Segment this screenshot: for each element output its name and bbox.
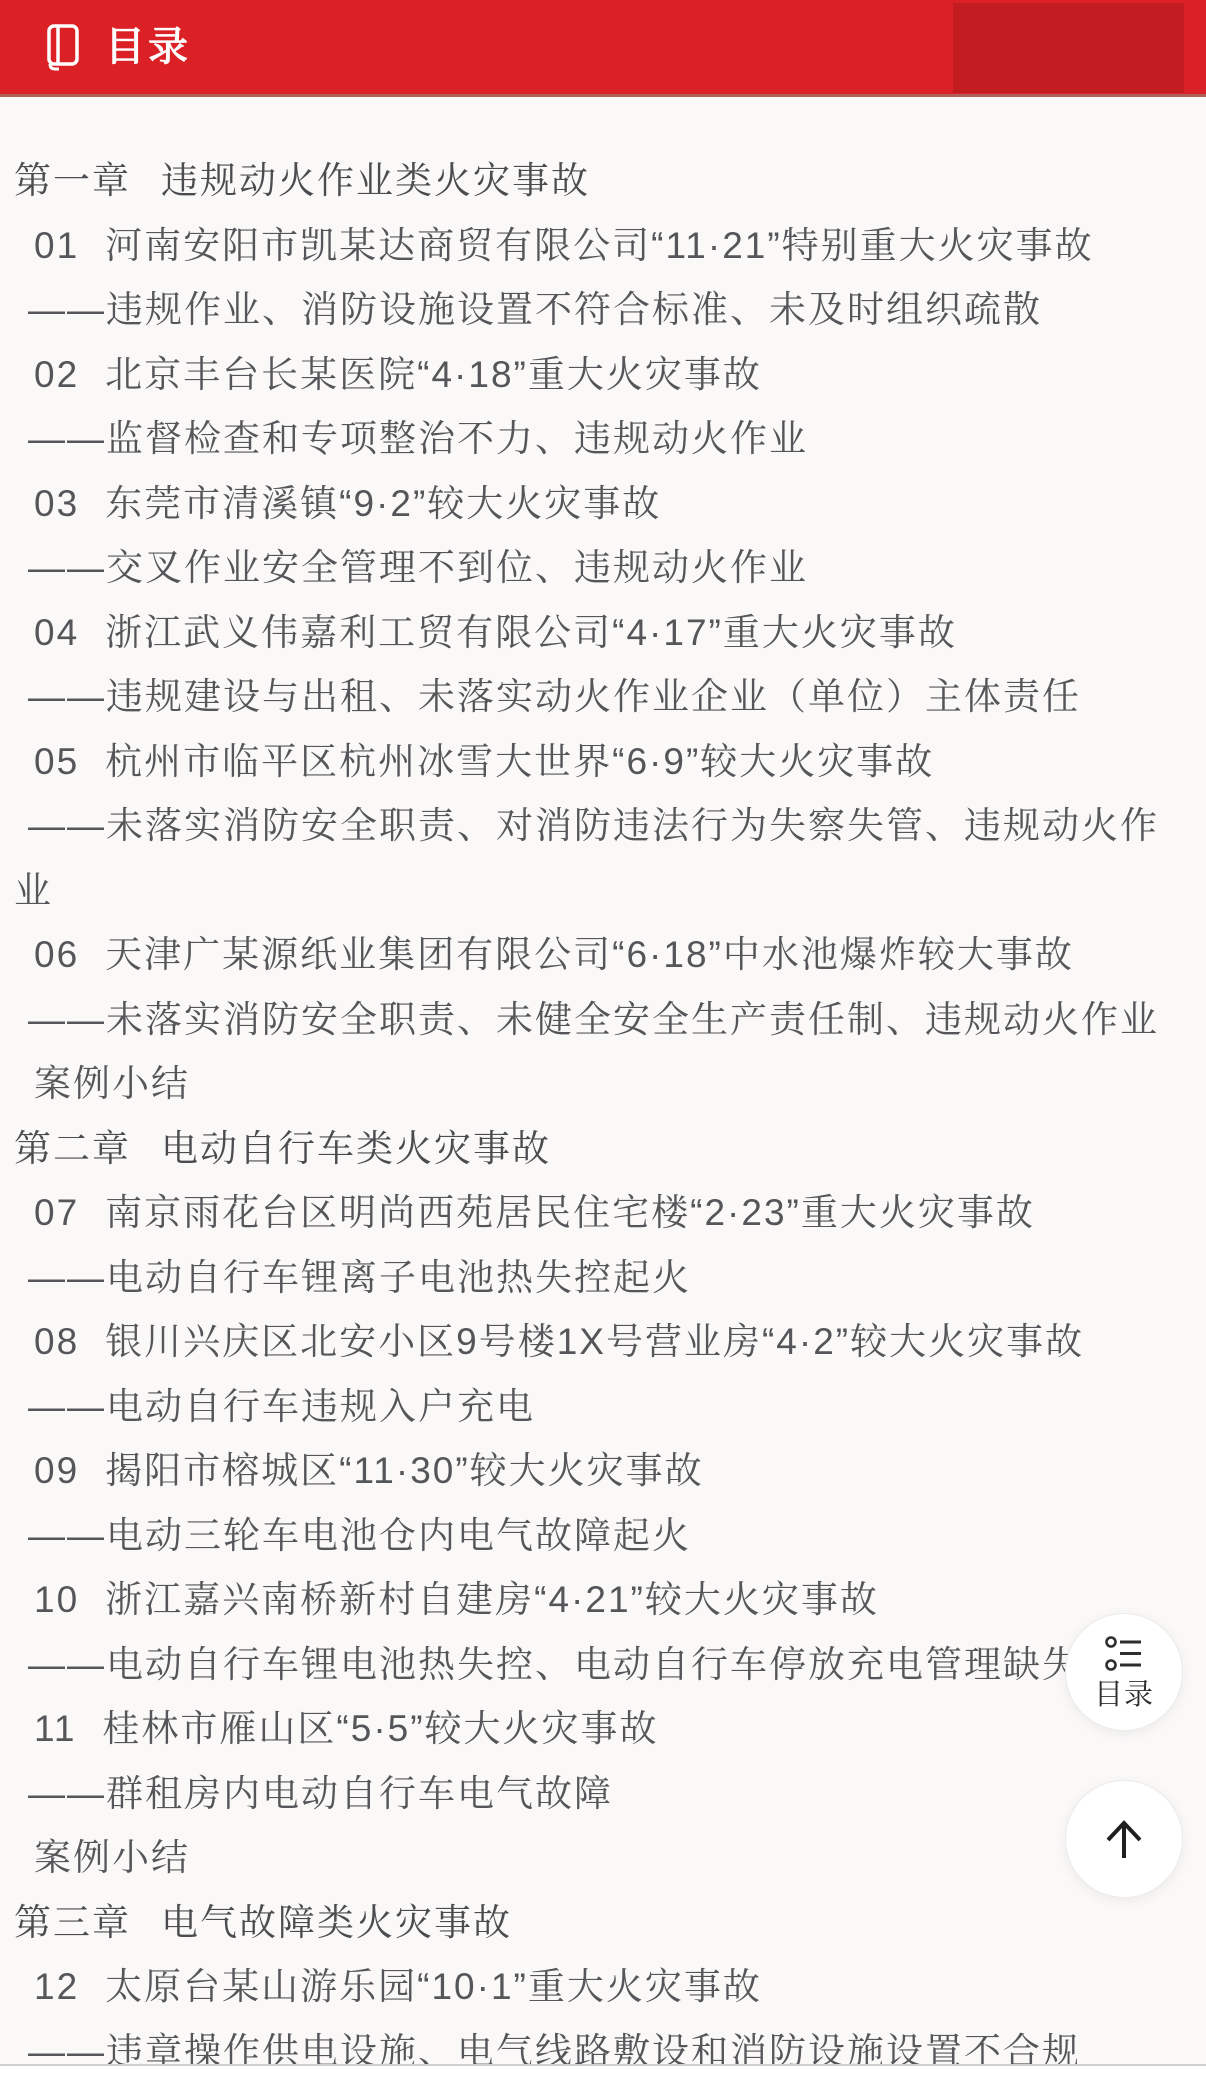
- item-number: 06: [34, 934, 79, 975]
- item-title: 太原台某山游乐园“10·1”重大火灾事故: [105, 1966, 762, 2007]
- item-number: 09: [34, 1450, 79, 1491]
- item-title: 桂林市雁山区“5·5”较大火灾事故: [102, 1708, 658, 1749]
- chapter-title: 电气故障类火灾事故: [161, 1902, 512, 1943]
- toc-item-subtitle: ——未落实消防安全职责、未健全安全生产责任制、违规动火作业: [14, 988, 1192, 1053]
- item-title: 揭阳市榕城区“11·30”较大火灾事故: [105, 1450, 704, 1491]
- chapter-title: 违规动火作业类火灾事故: [161, 160, 590, 201]
- toc-item-subtitle: ——违规建设与出租、未落实动火作业企业（单位）主体责任: [14, 665, 1192, 730]
- toc-item-subtitle: ——监督检查和专项整治不力、违规动火作业: [14, 407, 1192, 472]
- item-title: 杭州市临平区杭州冰雪大世界“6·9”较大火灾事故: [105, 741, 934, 782]
- item-number: 01: [34, 225, 79, 266]
- header-bar: 目录: [0, 0, 1206, 97]
- item-title: 浙江嘉兴南桥新村自建房“4·21”较大火灾事故: [105, 1579, 879, 1620]
- item-title: 银川兴庆区北安小区9号楼1X号营业房“4·2”较大火灾事故: [105, 1321, 1084, 1362]
- toc-item: 07南京雨花台区明尚西苑居民住宅楼“2·23”重大火灾事故: [14, 1181, 1192, 1246]
- item-title: 北京丰台长某医院“4·18”重大火灾事故: [105, 354, 762, 395]
- toc-page: 目录 第一章违规动火作业类火灾事故01河南安阳市凯某达商贸有限公司“11·21”…: [0, 0, 1206, 2078]
- toc-chapter: 第三章电气故障类火灾事故: [14, 1891, 1192, 1956]
- toc-item: 09揭阳市榕城区“11·30”较大火灾事故: [14, 1439, 1192, 1504]
- toc-item: 11桂林市雁山区“5·5”较大火灾事故: [14, 1697, 1192, 1762]
- toc-list: 第一章违规动火作业类火灾事故01河南安阳市凯某达商贸有限公司“11·21”特别重…: [0, 97, 1206, 2078]
- arrow-up-icon: [1096, 1811, 1152, 1867]
- back-to-top-button[interactable]: [1065, 1780, 1183, 1898]
- toc-button-label: 目录: [1094, 1681, 1154, 1710]
- toc-summary: 案例小结: [14, 1826, 1192, 1891]
- toc-chapter: 第二章电动自行车类火灾事故: [14, 1117, 1192, 1182]
- item-number: 08: [34, 1321, 79, 1362]
- toc-item: 12太原台某山游乐园“10·1”重大火灾事故: [14, 1955, 1192, 2020]
- list-icon: [1103, 1634, 1145, 1674]
- item-number: 03: [34, 483, 79, 524]
- page-title: 目录: [105, 0, 191, 94]
- book-icon: [45, 22, 81, 72]
- toc-item-subtitle: ——群租房内电动自行车电气故障: [14, 1762, 1192, 1827]
- toc-item: 01河南安阳市凯某达商贸有限公司“11·21”特别重大火灾事故: [14, 214, 1192, 279]
- toc-item: 10浙江嘉兴南桥新村自建房“4·21”较大火灾事故: [14, 1568, 1192, 1633]
- item-number: 11: [34, 1708, 76, 1749]
- toc-item: 05杭州市临平区杭州冰雪大世界“6·9”较大火灾事故: [14, 730, 1192, 795]
- toc-item: 04浙江武义伟嘉利工贸有限公司“4·17”重大火灾事故: [14, 601, 1192, 666]
- item-number: 05: [34, 741, 79, 782]
- chapter-label: 第一章: [14, 160, 131, 201]
- item-title: 南京雨花台区明尚西苑居民住宅楼“2·23”重大火灾事故: [105, 1192, 1035, 1233]
- chapter-title: 电动自行车类火灾事故: [161, 1128, 551, 1169]
- toc-item: 06天津广某源纸业集团有限公司“6·18”中水池爆炸较大事故: [14, 923, 1192, 988]
- item-number: 10: [34, 1579, 79, 1620]
- item-title: 浙江武义伟嘉利工贸有限公司“4·17”重大火灾事故: [105, 612, 957, 653]
- item-title: 东莞市清溪镇“9·2”较大火灾事故: [105, 483, 661, 524]
- item-number: 12: [34, 1966, 79, 2007]
- bottom-strip: [0, 2066, 1206, 2078]
- item-number: 04: [34, 612, 79, 653]
- chapter-label: 第三章: [14, 1902, 131, 1943]
- toc-item-subtitle: ——交叉作业安全管理不到位、违规动火作业: [14, 536, 1192, 601]
- toc-item-subtitle: ——未落实消防安全职责、对消防违法行为失察失管、违规动火作业: [14, 794, 1192, 923]
- toc-item-subtitle: ——电动自行车锂电池热失控、电动自行车停放充电管理缺失: [14, 1633, 1192, 1698]
- header-highlight: [953, 3, 1184, 93]
- toc-item: 02北京丰台长某医院“4·18”重大火灾事故: [14, 343, 1192, 408]
- toc-item: 08银川兴庆区北安小区9号楼1X号营业房“4·2”较大火灾事故: [14, 1310, 1192, 1375]
- item-title: 河南安阳市凯某达商贸有限公司“11·21”特别重大火灾事故: [105, 225, 1094, 266]
- toc-summary: 案例小结: [14, 1052, 1192, 1117]
- toc-chapter: 第一章违规动火作业类火灾事故: [14, 149, 1192, 214]
- toc-item-subtitle: ——违规作业、消防设施设置不符合标准、未及时组织疏散: [14, 278, 1192, 343]
- item-number: 07: [34, 1192, 79, 1233]
- toc-item-subtitle: ——电动三轮车电池仓内电气故障起火: [14, 1504, 1192, 1569]
- toc-item-subtitle: ——电动自行车锂离子电池热失控起火: [14, 1246, 1192, 1311]
- item-number: 02: [34, 354, 79, 395]
- toc-item-subtitle: ——电动自行车违规入户充电: [14, 1375, 1192, 1440]
- chapter-label: 第二章: [14, 1128, 131, 1169]
- item-title: 天津广某源纸业集团有限公司“6·18”中水池爆炸较大事故: [105, 934, 1074, 975]
- toc-item: 03东莞市清溪镇“9·2”较大火灾事故: [14, 472, 1192, 537]
- toc-button[interactable]: 目录: [1065, 1613, 1183, 1731]
